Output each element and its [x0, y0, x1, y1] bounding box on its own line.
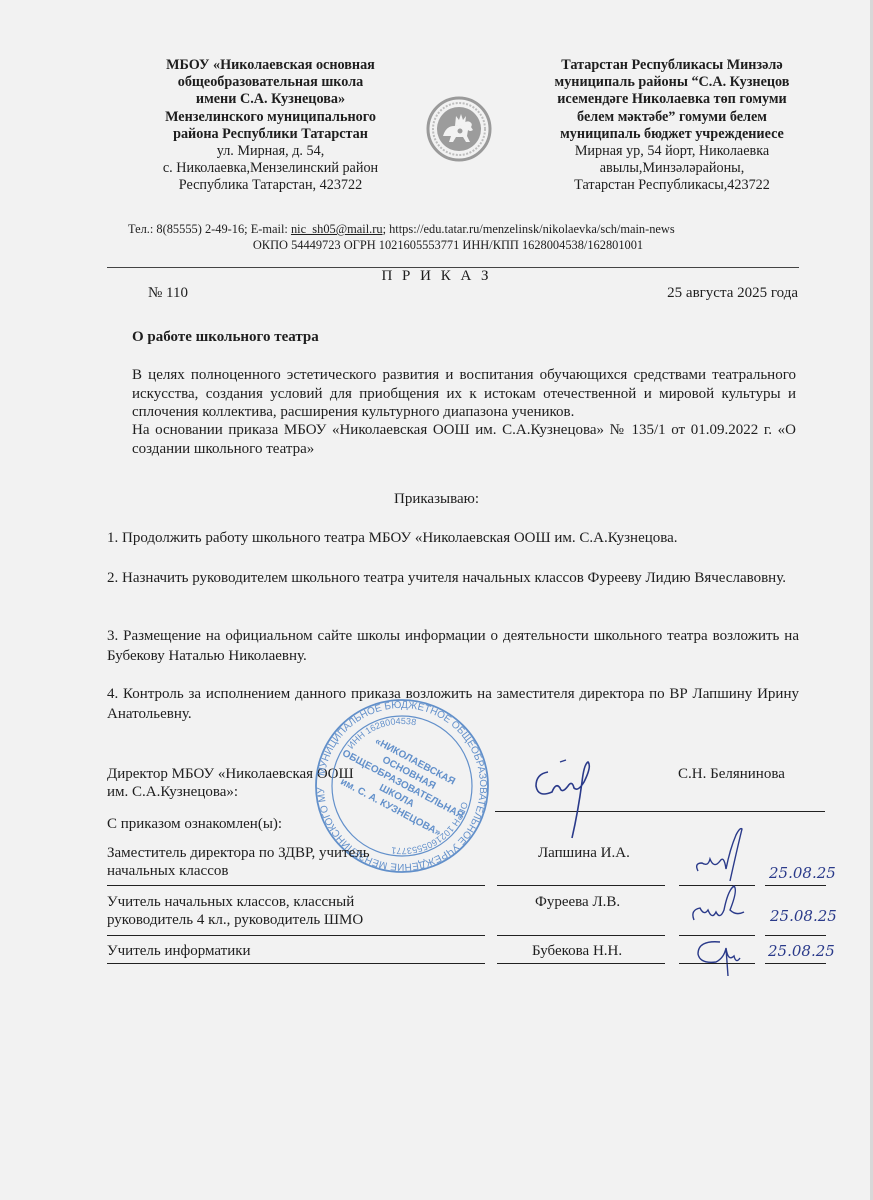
row-rule: [107, 885, 485, 886]
header-line: общеобразовательная школа: [128, 74, 413, 91]
header-line: исемендәге Николаевка төп гомуми: [522, 91, 822, 108]
row-rule: [765, 963, 826, 964]
order-verb: Приказываю:: [0, 491, 873, 508]
header-left-ru: МБОУ «Николаевская основная общеобразова…: [128, 57, 413, 195]
basis-paragraph: На основании приказа МБОУ «Николаевская …: [132, 421, 796, 458]
header-right-tt: Татарстан Республикасы Минзәлә муниципал…: [522, 57, 822, 195]
ack-row-position: Учитель информатики: [107, 942, 251, 960]
header-line: района Республики Татарстан: [128, 126, 413, 143]
row-rule: [765, 935, 826, 936]
row-rule: [497, 963, 665, 964]
address-line: с. Николаевка,Мензелинский район: [128, 160, 413, 177]
order-number: № 110: [148, 285, 188, 302]
header-line: имени С.А. Кузнецова»: [128, 91, 413, 108]
row-rule: [497, 935, 665, 936]
ack-row-position: Заместитель директора по ЗДВР, учитель н…: [107, 844, 370, 880]
order-item-2: 2. Назначить руководителем школьного теа…: [107, 568, 799, 588]
ack-row-position: Учитель начальных классов, классный руко…: [107, 893, 363, 929]
order-item-1: 1. Продолжить работу школьного театра МБ…: [107, 528, 799, 548]
acknowledgement-label: С приказом ознакомлен(ы):: [107, 815, 282, 833]
order-item-3: 3. Размещение на официальном сайте школы…: [107, 626, 799, 666]
ack-row-name: Лапшина И.А.: [538, 844, 630, 862]
position-line: Учитель начальных классов, классный: [107, 893, 363, 911]
row-rule: [107, 935, 485, 936]
row-rule: [679, 963, 755, 964]
header-line: МБОУ «Николаевская основная: [128, 57, 413, 74]
tatarstan-coat-of-arms-icon: [426, 96, 492, 162]
header-line: Мензелинского муниципального: [128, 109, 413, 126]
address-line: Мирная ур, 54 йорт, Николаевка: [522, 143, 822, 160]
ack-row-date: 25.08.25: [769, 864, 836, 882]
address-line: ул. Мирная, д. 54,: [128, 143, 413, 160]
website-link[interactable]: ; https://edu.tatar.ru/menzelinsk/nikola…: [383, 222, 675, 236]
document-title: П Р И К А З: [0, 268, 873, 285]
row-rule: [765, 885, 826, 886]
order-date: 25 августа 2025 года: [667, 285, 798, 302]
position-line: начальных классов: [107, 862, 370, 880]
phone-text: Тел.: 8(85555) 2-49-16; E-mail:: [128, 222, 291, 236]
ack-row-name: Бубекова Н.Н.: [532, 942, 622, 960]
position-line: руководитель 4 кл., руководитель ШМО: [107, 911, 363, 929]
registry-numbers: ОКПО 54449723 ОГРН 1021605553771 ИНН/КПП…: [128, 237, 768, 253]
director-name: С.Н. Белянинова: [678, 765, 785, 783]
ack-row-name: Фуреева Л.В.: [535, 893, 620, 911]
address-line: Республика Татарстан, 423722: [128, 177, 413, 194]
header-line: белем мәктәбе” гомуми белем: [522, 109, 822, 126]
preamble-paragraph: В целях полноценного эстетического разви…: [132, 366, 796, 422]
header-line: муниципаль бюджет учреждениесе: [522, 126, 822, 143]
contacts-block: Тел.: 8(85555) 2-49-16; E-mail: nic_sh05…: [128, 221, 828, 253]
email-link[interactable]: nic_sh05@mail.ru: [291, 222, 383, 236]
row-rule: [497, 885, 665, 886]
ack-handwritten-signature: [690, 928, 750, 983]
ack-row-date: 25.08.25: [768, 942, 835, 960]
position-line: Заместитель директора по ЗДВР, учитель: [107, 844, 370, 862]
address-line: Татарстан Республикасы,423722: [522, 177, 822, 194]
order-subject: О работе школьного театра: [132, 329, 319, 346]
row-rule: [107, 963, 485, 964]
header-line: муниципаль районы “С.А. Кузнецов: [522, 74, 822, 91]
header-line: Татарстан Республикасы Минзәлә: [522, 57, 822, 74]
address-line: авылы,Минзәләрайоны,: [522, 160, 822, 177]
contacts-line: Тел.: 8(85555) 2-49-16; E-mail: nic_sh05…: [128, 221, 828, 237]
director-handwritten-signature: [530, 752, 610, 847]
ack-row-date: 25.08.25: [770, 907, 837, 925]
